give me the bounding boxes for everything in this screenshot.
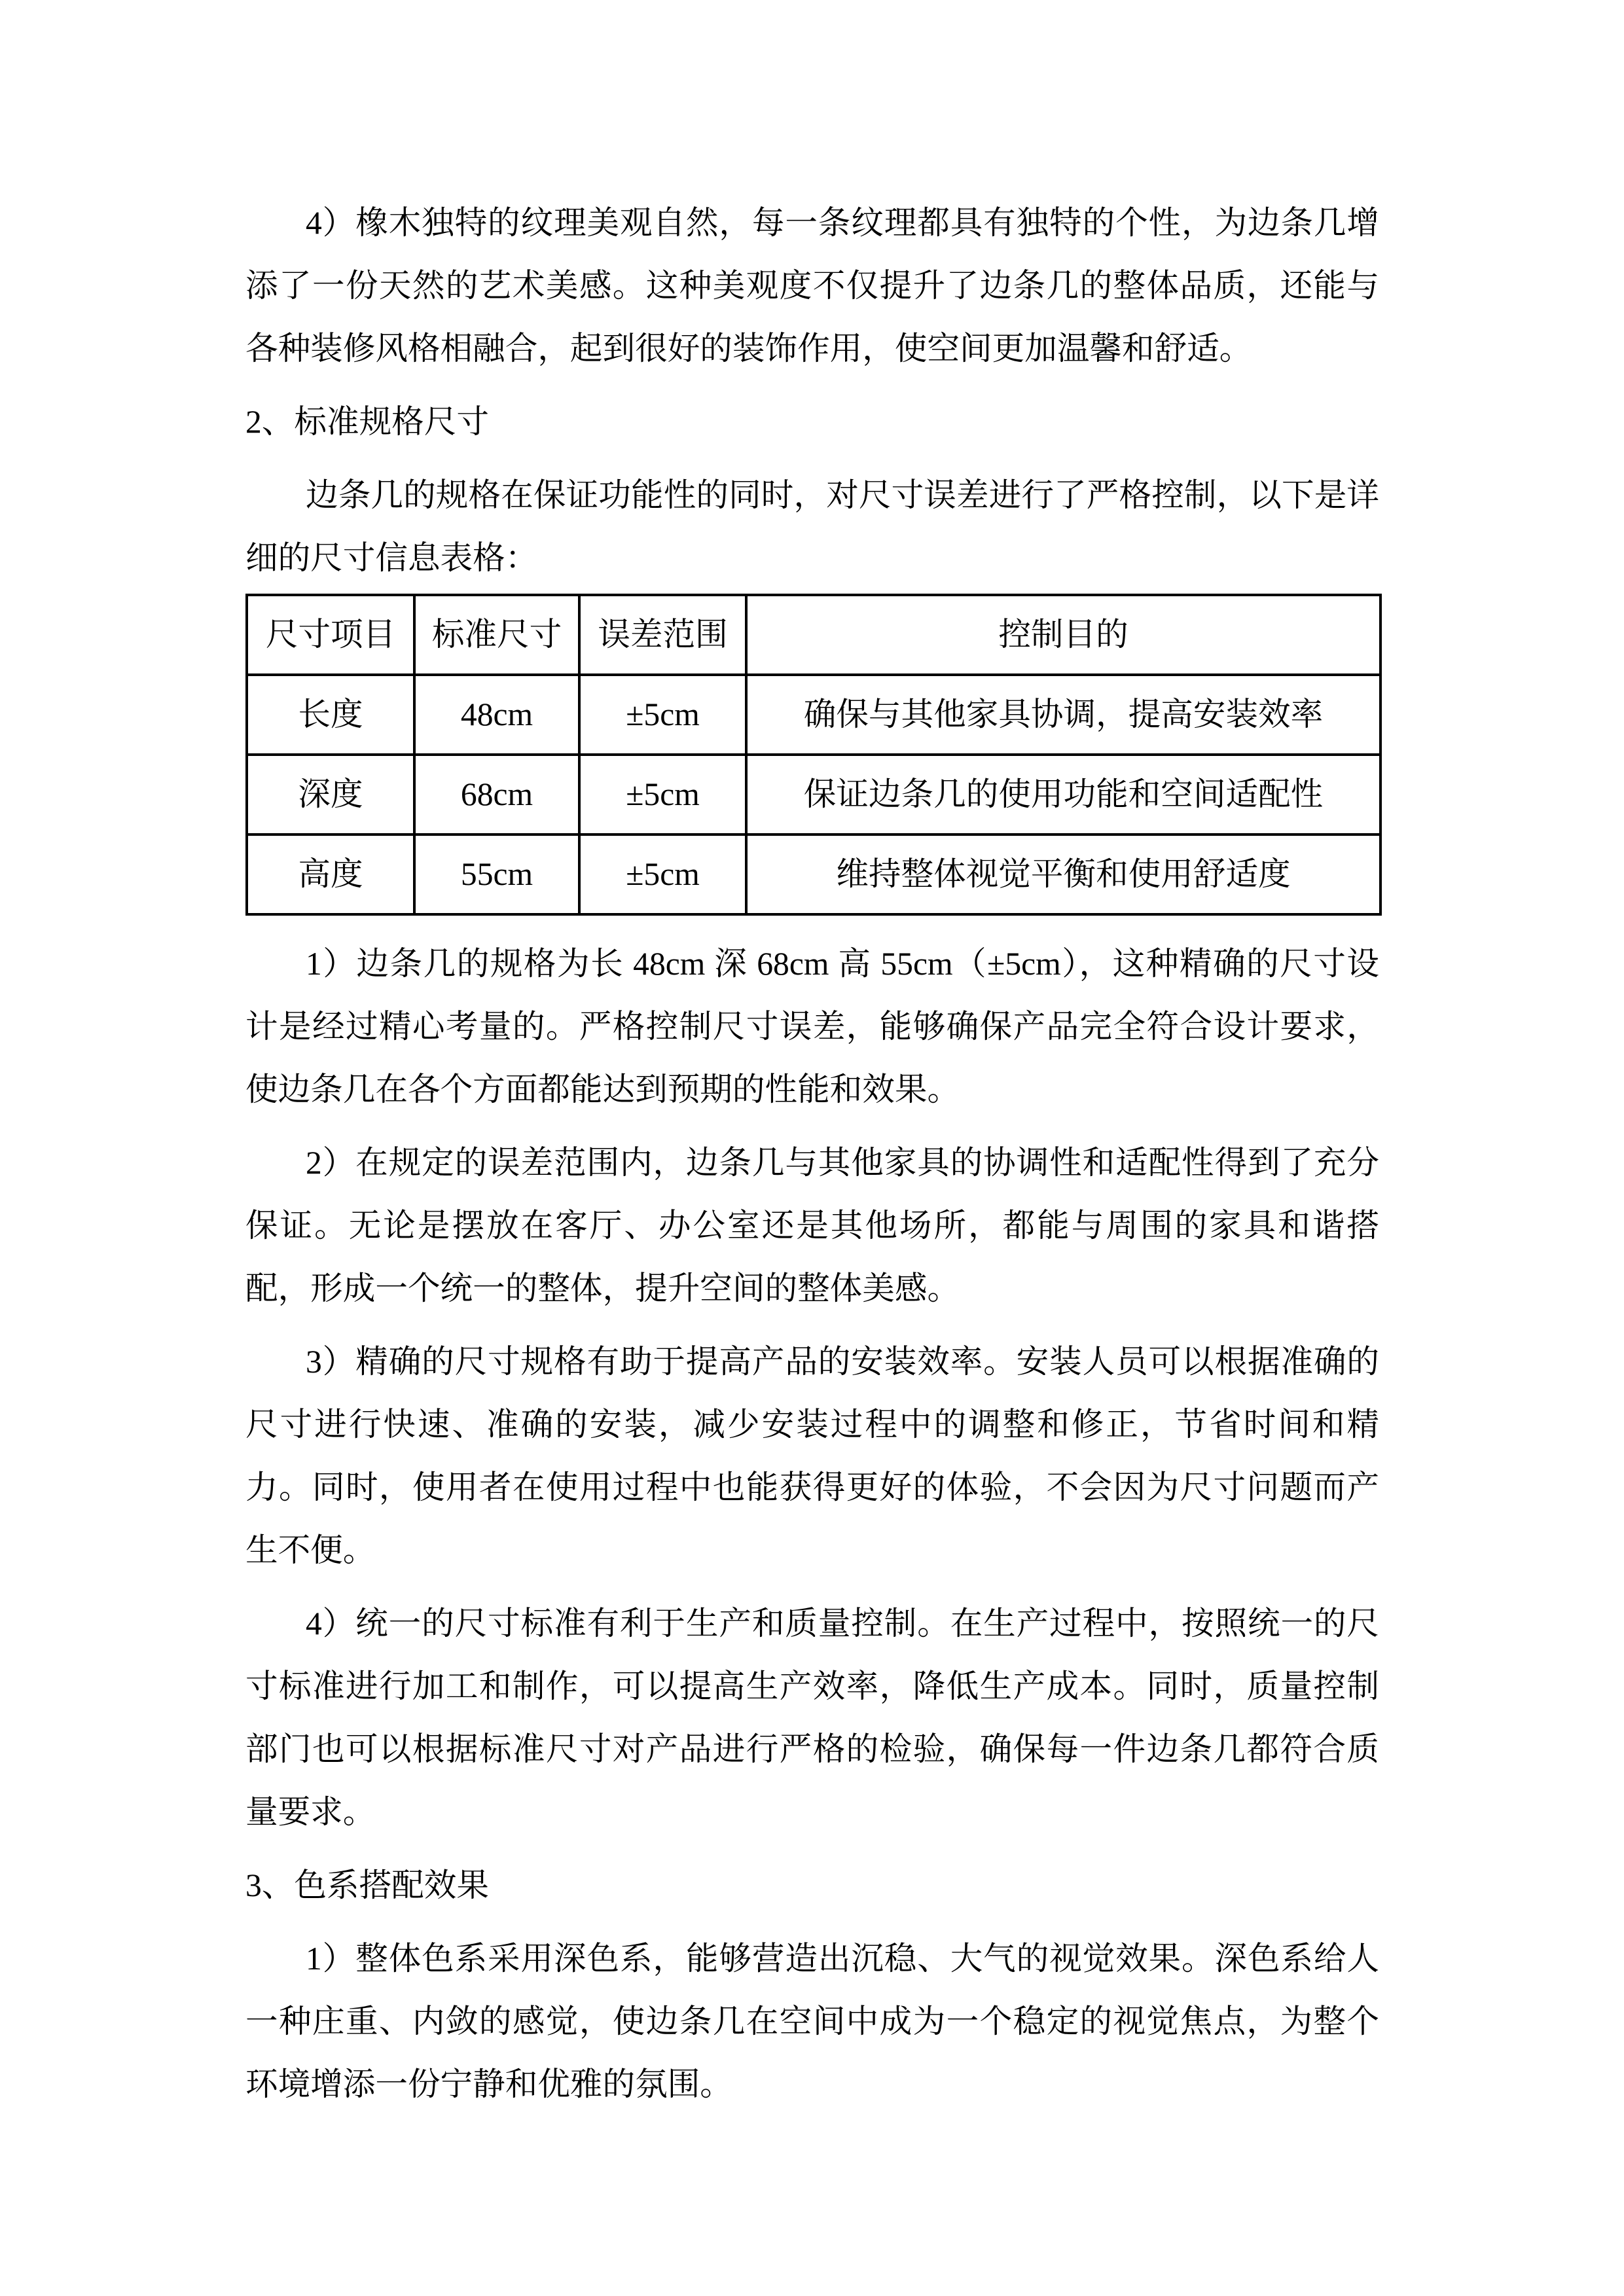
table-row-depth: 深度 68cm ±5cm 保证边条几的使用功能和空间适配性 [247,755,1380,834]
section-heading-standard-size: 2、标准规格尺寸 [245,391,1379,454]
paragraph-size-point-3: 3）精确的尺寸规格有助于提高产品的安装效率。安装人员可以根据准确的尺寸进行快速、… [245,1331,1379,1582]
document-page: 4）橡木独特的纹理美观自然，每一条纹理都具有独特的个性，为边条几增添了一份天然的… [0,0,1624,2296]
table-header-row: 尺寸项目 标准尺寸 误差范围 控制目的 [247,595,1380,675]
table-header-cell-standard: 标准尺寸 [414,595,579,675]
table-cell-standard: 68cm [414,755,579,834]
paragraph-size-point-2: 2）在规定的误差范围内，边条几与其他家具的协调性和适配性得到了充分保证。无论是摆… [245,1132,1379,1320]
table-header-cell-tolerance: 误差范围 [579,595,746,675]
table-cell-purpose: 维持整体视觉平衡和使用舒适度 [746,834,1380,914]
table-header-cell-item: 尺寸项目 [247,595,414,675]
table-cell-item: 长度 [247,675,414,755]
table-cell-standard: 48cm [414,675,579,755]
paragraph-oak-texture: 4）橡木独特的纹理美观自然，每一条纹理都具有独特的个性，为边条几增添了一份天然的… [245,192,1379,380]
paragraph-color-point-1: 1）整体色系采用深色系，能够营造出沉稳、大气的视觉效果。深色系给人一种庄重、内敛… [245,1928,1379,2116]
table-row-length: 长度 48cm ±5cm 确保与其他家具协调，提高安装效率 [247,675,1380,755]
section-heading-color-scheme: 3、色系搭配效果 [245,1854,1379,1917]
table-cell-purpose: 保证边条几的使用功能和空间适配性 [746,755,1380,834]
paragraph-size-point-1: 1）边条几的规格为长 48cm 深 68cm 高 55cm（±5cm），这种精确… [245,933,1379,1121]
table-cell-tolerance: ±5cm [579,755,746,834]
table-header-cell-purpose: 控制目的 [746,595,1380,675]
table-cell-standard: 55cm [414,834,579,914]
table-cell-purpose: 确保与其他家具协调，提高安装效率 [746,675,1380,755]
size-spec-table: 尺寸项目 标准尺寸 误差范围 控制目的 长度 48cm ±5cm 确保与其他家具… [245,594,1382,916]
table-cell-item: 高度 [247,834,414,914]
table-row-height: 高度 55cm ±5cm 维持整体视觉平衡和使用舒适度 [247,834,1380,914]
paragraph-size-intro: 边条几的规格在保证功能性的同时，对尺寸误差进行了严格控制，以下是详细的尺寸信息表… [245,464,1379,590]
paragraph-size-point-4: 4）统一的尺寸标准有利于生产和质量控制。在生产过程中，按照统一的尺寸标准进行加工… [245,1592,1379,1844]
table-cell-item: 深度 [247,755,414,834]
table-cell-tolerance: ±5cm [579,675,746,755]
table-cell-tolerance: ±5cm [579,834,746,914]
